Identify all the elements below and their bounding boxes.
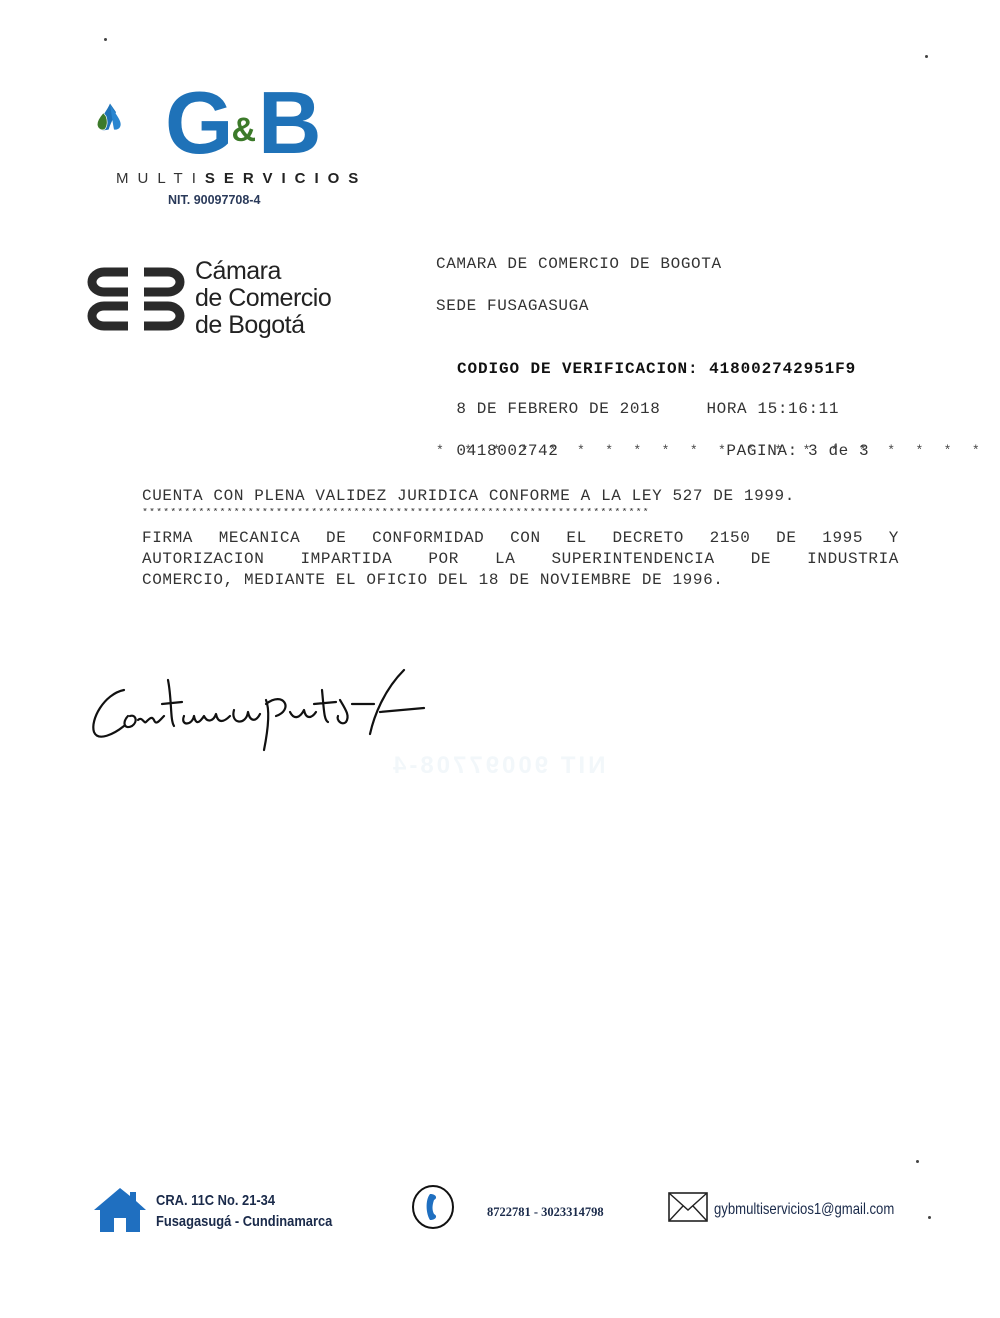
star-separator: ****************************************… xyxy=(142,508,907,519)
scan-speck xyxy=(916,1160,919,1163)
handwritten-signature xyxy=(84,660,454,760)
logo-g: G xyxy=(165,73,229,172)
mechanical-signature-line-2: AUTORIZACION IMPARTIDA POR LA SUPERINTEN… xyxy=(142,550,899,568)
issue-date: 8 DE FEBRERO DE 2018 xyxy=(456,400,660,418)
institution-name: CAMARA DE COMERCIO DE BOGOTA xyxy=(436,255,722,273)
company-logo-subtitle: MULTISERVICIOS xyxy=(116,170,367,187)
verification-code: 418002742951F9 xyxy=(709,360,856,378)
address-block: CRA. 11C No. 21-34 Fusagasugá - Cundinam… xyxy=(156,1190,332,1232)
legal-validity-text: CUENTA CON PLENA VALIDEZ JURIDICA CONFOR… xyxy=(142,487,795,505)
house-icon xyxy=(92,1186,148,1234)
verification-row: CODIGO DE VERIFICACION: 418002742951F9 xyxy=(436,342,856,378)
phone-icon xyxy=(410,1184,456,1230)
verification-label: CODIGO DE VERIFICACION: xyxy=(457,360,699,378)
chamber-line-2: de Comercio xyxy=(195,285,331,312)
header-star-separator: * * * * * * * * * * * * * * * * * * * * … xyxy=(436,443,1000,458)
date-row: 8 DE FEBRERO DE 2018HORA 15:16:11 xyxy=(436,382,839,418)
faded-nit-watermark: NIT 90097708-4 xyxy=(390,752,605,780)
mechanical-signature-line-3: COMERCIO, MEDIANTE EL OFICIO DEL 18 DE N… xyxy=(142,571,724,589)
scan-speck xyxy=(928,1216,931,1219)
time-label: HORA xyxy=(706,400,747,418)
branch-name: SEDE FUSAGASUGA xyxy=(436,297,589,315)
company-logo-letters: G&B xyxy=(165,78,318,175)
company-nit: NIT. 90097708-4 xyxy=(168,193,260,207)
address-street: CRA. 11C No. 21-34 xyxy=(156,1190,332,1211)
logo-b: B xyxy=(258,73,318,172)
subtitle-bold: SERVICIOS xyxy=(205,170,367,187)
envelope-icon xyxy=(668,1192,708,1222)
chamber-rings-icon xyxy=(84,262,190,336)
subtitle-light: MULTI xyxy=(116,170,205,187)
email-address: gybmultiservicios1@gmail.com xyxy=(714,1201,894,1219)
address-city: Fusagasugá - Cundinamarca xyxy=(156,1211,332,1232)
chamber-line-1: Cámara xyxy=(195,258,331,285)
water-drop-leaf-icon xyxy=(96,82,176,167)
phone-numbers: 8722781 - 3023314798 xyxy=(487,1205,604,1220)
mechanical-signature-line-1: FIRMA MECANICA DE CONFORMIDAD CON EL DEC… xyxy=(142,529,899,547)
scan-speck xyxy=(104,38,107,41)
issue-time: 15:16:11 xyxy=(757,400,839,418)
logo-ampersand: & xyxy=(231,85,256,175)
scan-speck xyxy=(925,55,928,58)
chamber-logo-text: Cámara de Comercio de Bogotá xyxy=(195,258,331,339)
chamber-line-3: de Bogotá xyxy=(195,312,331,339)
